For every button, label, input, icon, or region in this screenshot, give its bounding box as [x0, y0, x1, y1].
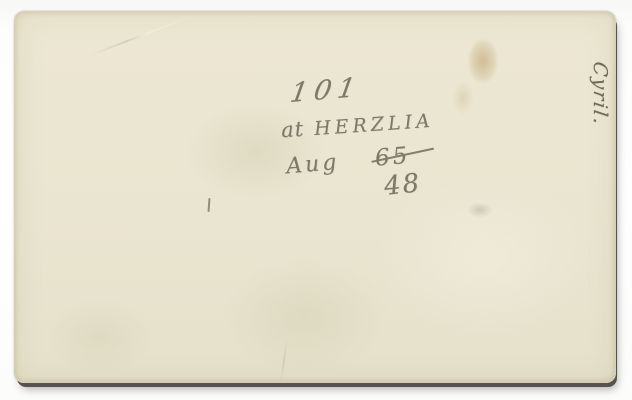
handwriting-side-name: Cyril.: [589, 46, 611, 141]
paper-crease-bottom: [280, 338, 288, 384]
paper-crease-top-left: [90, 14, 195, 56]
scanned-photo-back-scene: 101 atHERZLIA Aug65 48 Cyril.: [0, 0, 632, 400]
handwriting-crossed-year: 65: [374, 143, 411, 172]
handwriting-word-place: HERZLIA: [313, 110, 434, 140]
stray-pencil-mark: [208, 198, 211, 212]
handwriting-location-line: atHERZLIA: [280, 108, 434, 143]
photo-back-card: 101 atHERZLIA Aug65 48 Cyril.: [14, 11, 616, 383]
handwriting-word-month: Aug: [285, 150, 340, 180]
handwriting-corrected-year: 48: [383, 168, 423, 202]
handwriting-number: 101: [288, 72, 364, 109]
faint-smudge-mark: [467, 202, 493, 218]
handwriting-word-at: at: [280, 117, 305, 143]
